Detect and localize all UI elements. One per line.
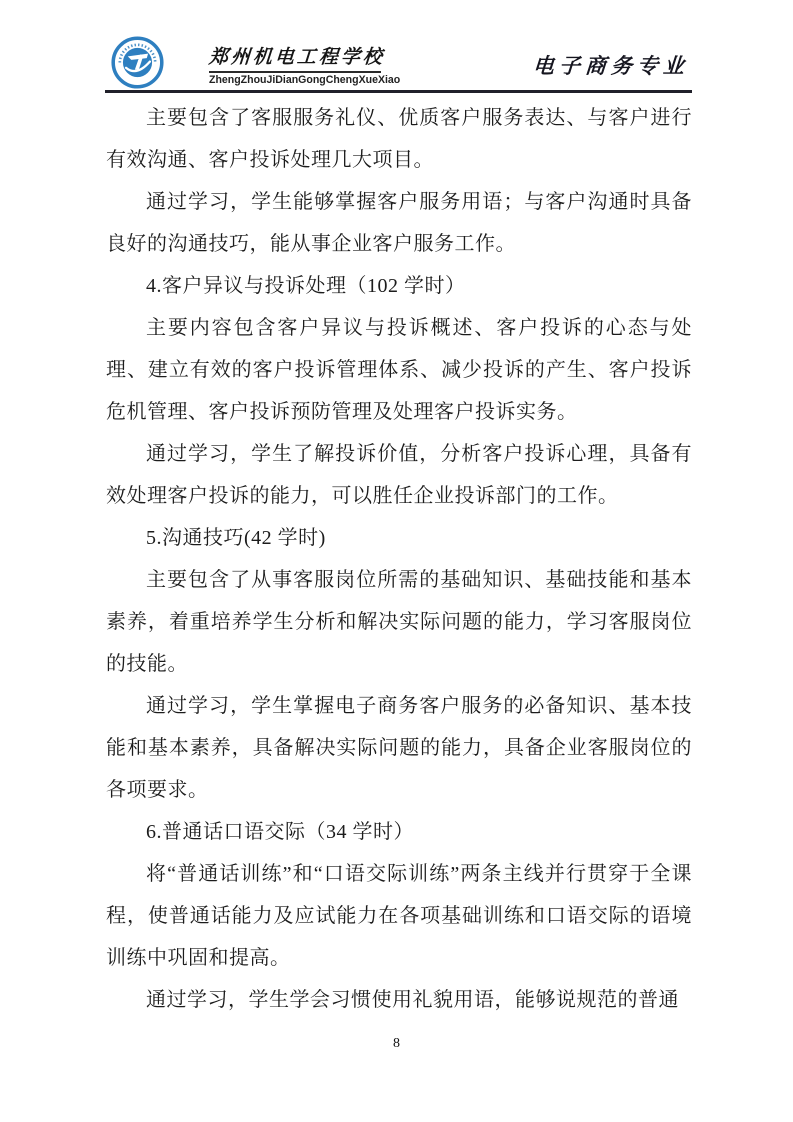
school-name-divider: [209, 71, 381, 73]
section-heading: 4.客户异议与投诉处理（102 学时）: [106, 265, 692, 307]
body-paragraph: 主要包含了客服服务礼仪、优质客户服务表达、与客户进行有效沟通、客户投诉处理几大项…: [106, 97, 692, 181]
school-name-block: 郑州机电工程学校 ZhengZhouJiDianGongChengXueXiao: [209, 42, 387, 86]
document-body: 主要包含了客服服务礼仪、优质客户服务表达、与客户进行有效沟通、客户投诉处理几大项…: [106, 97, 692, 1021]
major-title: 电子商务专业: [532, 50, 690, 80]
school-pinyin: ZhengZhouJiDianGongChengXueXiao: [209, 74, 380, 86]
body-paragraph: 主要内容包含客户异议与投诉概述、客户投诉的心态与处理、建立有效的客户投诉管理体系…: [106, 307, 692, 433]
school-name: 郑州机电工程学校: [208, 42, 388, 69]
body-paragraph: 将“普通话训练”和“口语交际训练”两条主线并行贯穿于全课程，使普通话能力及应试能…: [106, 853, 692, 979]
section-heading: 6.普通话口语交际（34 学时）: [106, 811, 692, 853]
body-paragraph: 主要包含了从事客服岗位所需的基础知识、基础技能和基本素养，着重培养学生分析和解决…: [106, 559, 692, 685]
body-paragraph: 通过学习，学生掌握电子商务客户服务的必备知识、基本技能和基本素养，具备解决实际问…: [106, 685, 692, 811]
document-page: 郑州机电工程学校 ZhengZhouJiDianGongChengXueXiao…: [0, 0, 793, 1122]
body-paragraph: 通过学习，学生了解投诉价值，分析客户投诉心理，具备有效处理客户投诉的能力，可以胜…: [106, 433, 692, 517]
body-paragraph: 通过学习，学生能够掌握客户服务用语；与客户沟通时具备良好的沟通技巧，能从事企业客…: [106, 181, 692, 265]
section-heading: 5.沟通技巧(42 学时): [106, 517, 692, 559]
body-paragraph: 通过学习，学生学会习惯使用礼貌用语，能够说规范的普通: [106, 979, 692, 1021]
header-rule: [105, 90, 692, 93]
page-header: 郑州机电工程学校 ZhengZhouJiDianGongChengXueXiao…: [0, 0, 793, 94]
page-number: 8: [0, 1036, 793, 1052]
school-emblem-icon: [111, 36, 164, 89]
